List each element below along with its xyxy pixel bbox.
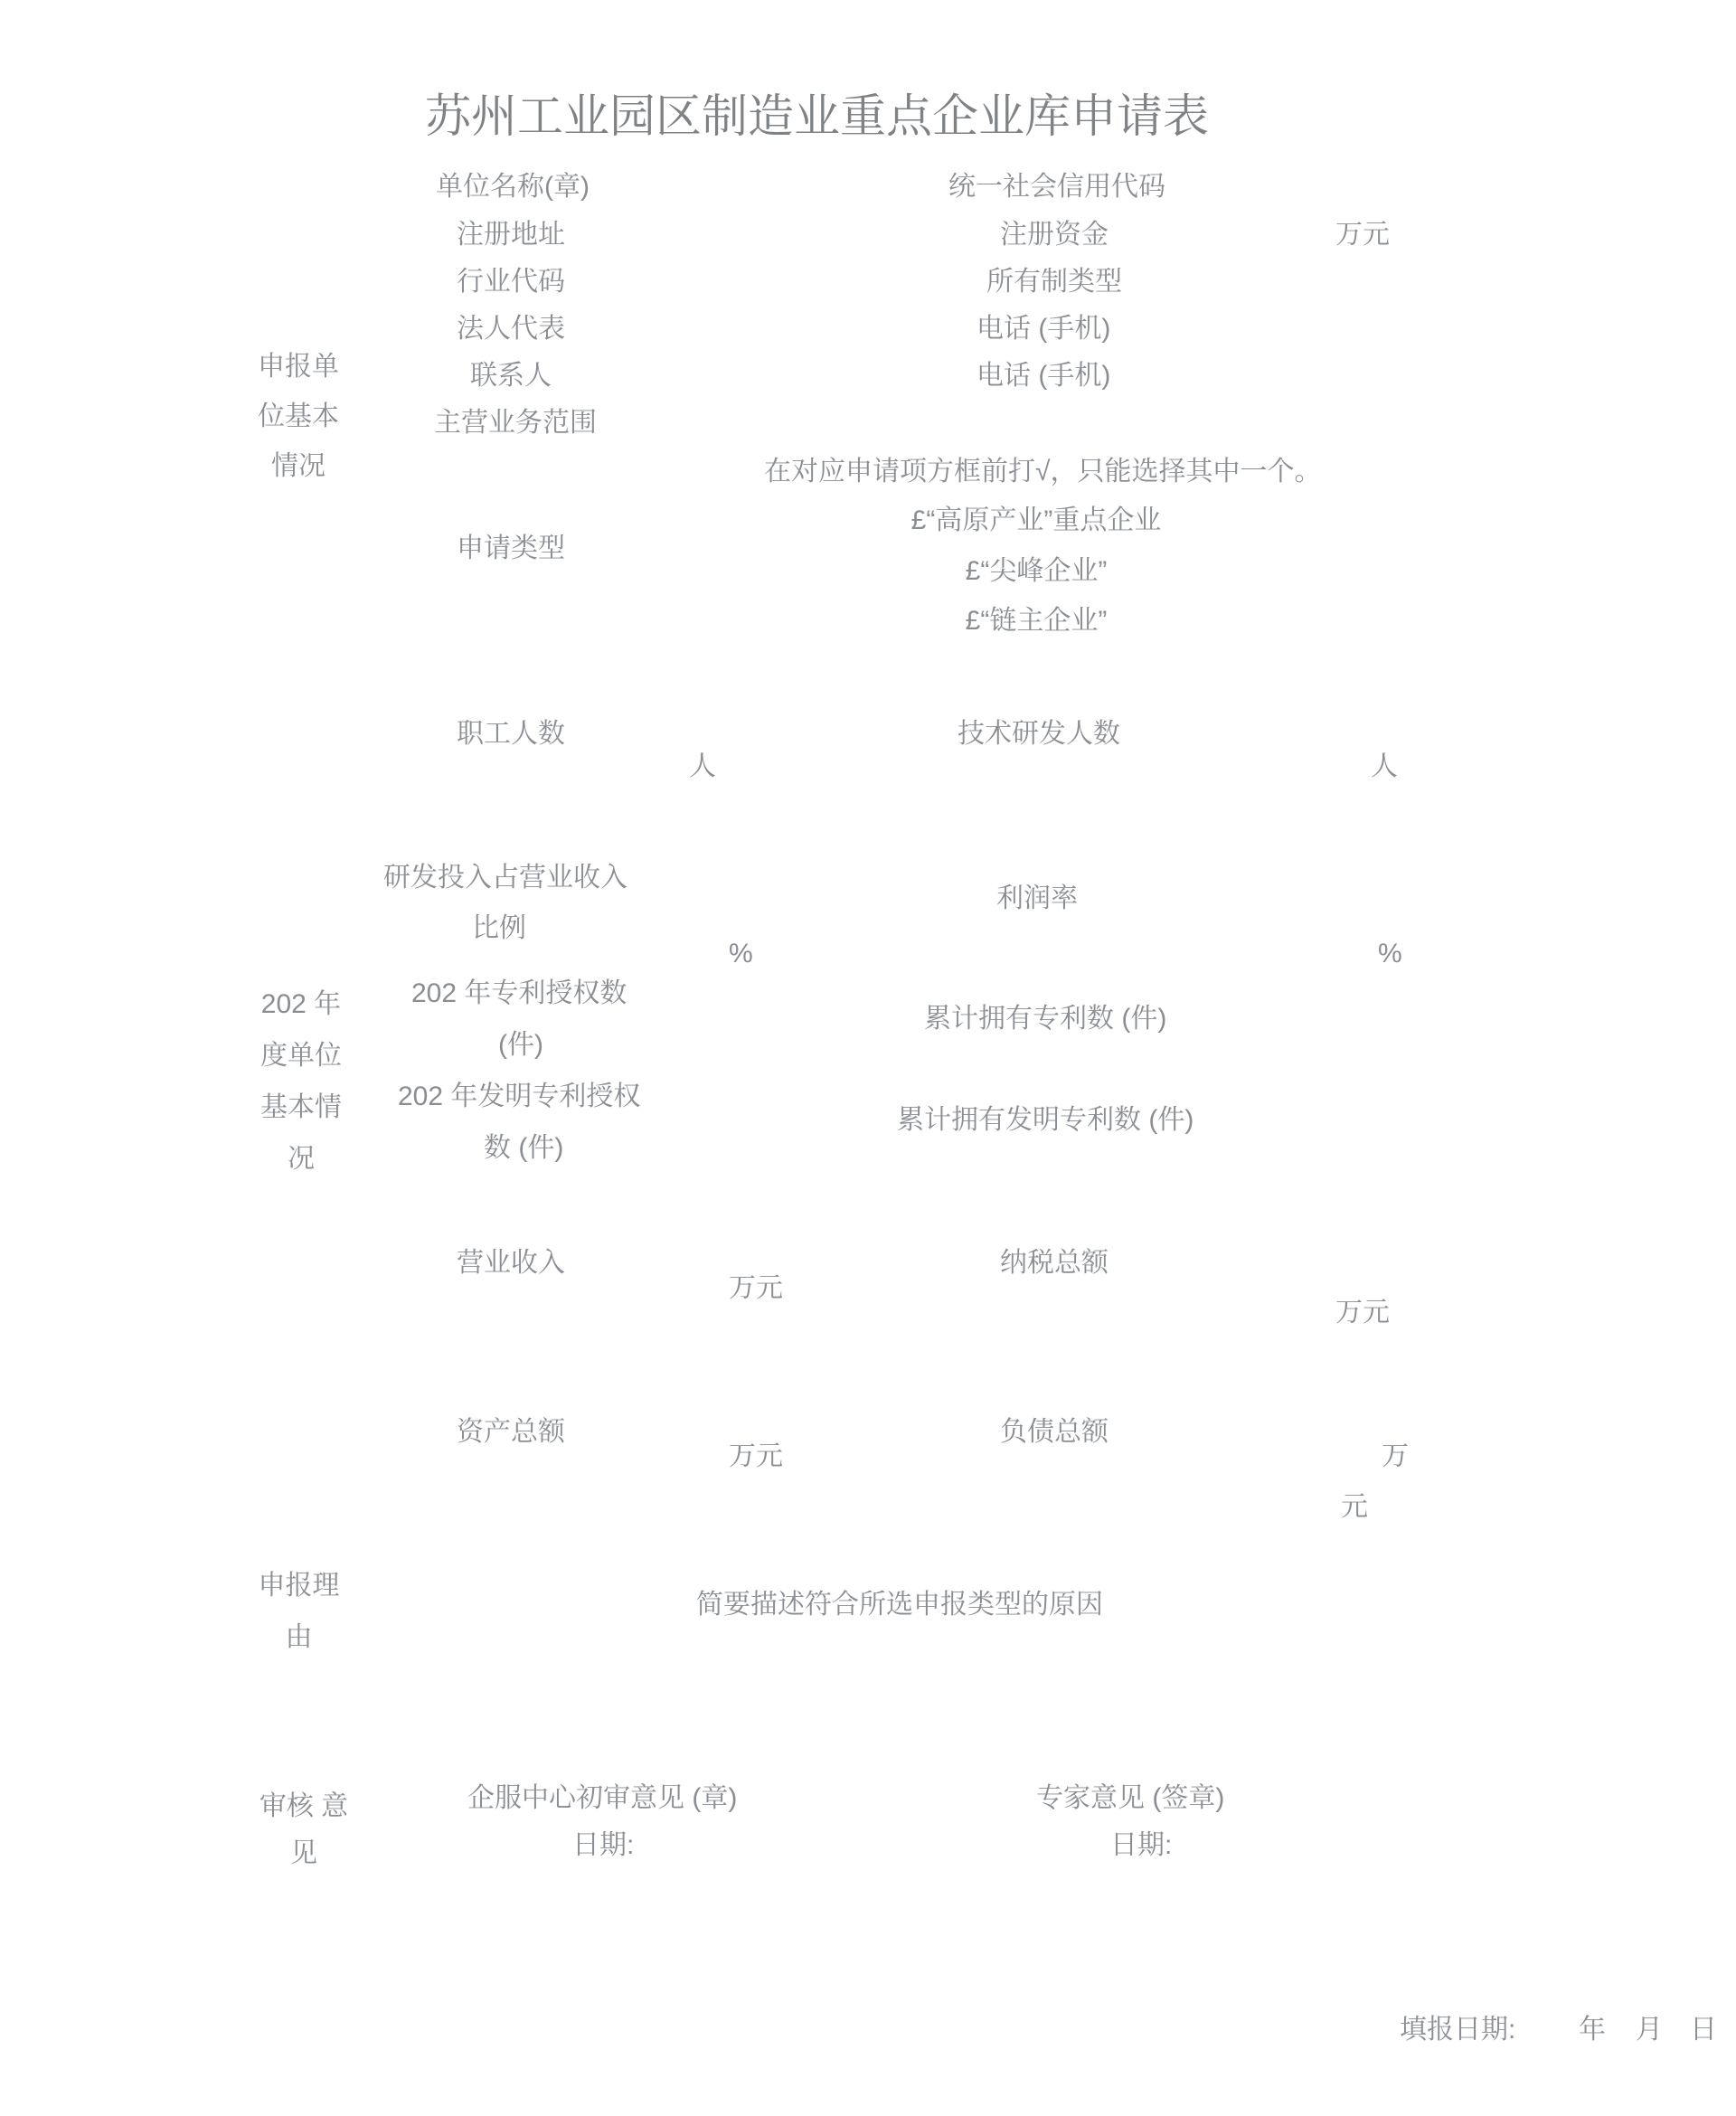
section-reason-side-label: 申报理 由	[256, 1560, 342, 1663]
rd-ratio-label-line1: 研发投入占营业收入	[383, 863, 627, 893]
main-business-label: 主营业务范围	[434, 408, 597, 439]
profit-rate-label: 利润率	[996, 883, 1078, 914]
legal-rep-phone-label: 电话 (手机)	[976, 314, 1110, 345]
section-year-side-label: 202 年 度单位 基本情 况	[251, 978, 351, 1185]
unit-name-label: 单位名称(章)	[436, 172, 590, 203]
revenue-unit: 万元	[729, 1273, 783, 1304]
page-title: 苏州工业园区制造业重点企业库申请表	[425, 90, 1239, 143]
assets-unit: 万元	[729, 1441, 783, 1472]
side-label-line: 度单位	[251, 1030, 351, 1082]
apply-type-options: £“高原产业”重点企业 £“尖峰企业” £“链主企业”	[810, 496, 1262, 647]
rd-staff-unit: 人	[1371, 751, 1398, 782]
rd-ratio-unit: %	[729, 939, 753, 969]
expert-date-label: 日期:	[1110, 1830, 1172, 1861]
employees-label: 职工人数	[457, 719, 565, 750]
side-label-line: 情况	[253, 441, 344, 491]
checkbox-option-lianzhu[interactable]: £“链主企业”	[810, 596, 1262, 647]
rd-staff-label: 技术研发人数	[958, 719, 1120, 750]
fill-date-label: 填报日期:	[1400, 2015, 1515, 2045]
checkbox-option-gaoyuan[interactable]: £“高原产业”重点企业	[810, 496, 1262, 546]
center-date-label: 日期:	[572, 1830, 634, 1861]
side-label-line: 见	[253, 1830, 354, 1877]
legal-rep-label: 法人代表	[457, 314, 565, 345]
contact-phone-label: 电话 (手机)	[976, 361, 1110, 392]
patent-grant-label-line2: (件)	[498, 1030, 543, 1061]
revenue-label: 营业收入	[457, 1248, 565, 1279]
checkbox-option-jianfeng[interactable]: £“尖峰企业”	[810, 546, 1262, 597]
fill-date-month: 月	[1636, 2015, 1663, 2045]
contact-label: 联系人	[470, 361, 552, 392]
reg-capital-unit: 万元	[1335, 220, 1390, 250]
assets-label: 资产总额	[457, 1417, 565, 1448]
profit-rate-unit: %	[1378, 939, 1402, 969]
credit-code-label: 统一社会信用代码	[948, 172, 1165, 203]
liabilities-label: 负债总额	[1000, 1417, 1109, 1448]
fill-date-day: 日	[1690, 2015, 1717, 2045]
invention-grant-label-line1: 202 年发明专利授权	[398, 1082, 640, 1112]
side-label-line: 申报理	[256, 1560, 342, 1611]
ownership-type-label: 所有制类型	[986, 267, 1122, 298]
side-label-line: 申报单	[253, 342, 344, 392]
side-label-line: 况	[251, 1133, 351, 1185]
industry-code-label: 行业代码	[457, 267, 565, 298]
reason-hint: 简要描述符合所选申报类型的原因	[696, 1590, 1103, 1620]
patent-grant-label-line1: 202 年专利授权数	[411, 978, 627, 1009]
application-form-page: 苏州工业园区制造业重点企业库申请表 申报单 位基本 情况 单位名称(章) 统一社…	[0, 0, 1736, 2116]
patent-total-label: 累计拥有专利数 (件)	[924, 1004, 1166, 1034]
employees-unit: 人	[689, 751, 716, 782]
side-label-line: 位基本	[253, 392, 344, 441]
center-opinion-label: 企服中心初审意见 (章)	[467, 1783, 737, 1814]
apply-type-label: 申请类型	[457, 534, 565, 564]
liabilities-unit-line1: 万	[1382, 1441, 1409, 1472]
reg-address-label: 注册地址	[457, 220, 565, 250]
liabilities-unit-line2: 元	[1341, 1492, 1368, 1523]
section-review-side-label: 审核 意 见	[253, 1783, 354, 1877]
expert-opinion-label: 专家意见 (签章)	[1036, 1783, 1224, 1814]
side-label-line: 由	[256, 1611, 342, 1663]
side-label-line: 基本情	[251, 1082, 351, 1133]
side-label-line: 202 年	[251, 978, 351, 1030]
invention-total-label: 累计拥有发明专利数 (件)	[897, 1105, 1193, 1136]
fill-date-year: 年	[1579, 2015, 1606, 2045]
tax-label: 纳税总额	[1000, 1248, 1109, 1279]
reg-capital-label: 注册资金	[1000, 220, 1109, 250]
rd-ratio-label-line2: 比例	[472, 913, 526, 944]
apply-type-instruction: 在对应申请项方框前打√，只能选择其中一个。	[764, 457, 1321, 487]
side-label-line: 审核 意	[253, 1783, 354, 1830]
section-basic-side-label: 申报单 位基本 情况	[253, 342, 344, 491]
tax-unit: 万元	[1335, 1298, 1390, 1328]
invention-grant-label-line2: 数 (件)	[484, 1133, 563, 1164]
